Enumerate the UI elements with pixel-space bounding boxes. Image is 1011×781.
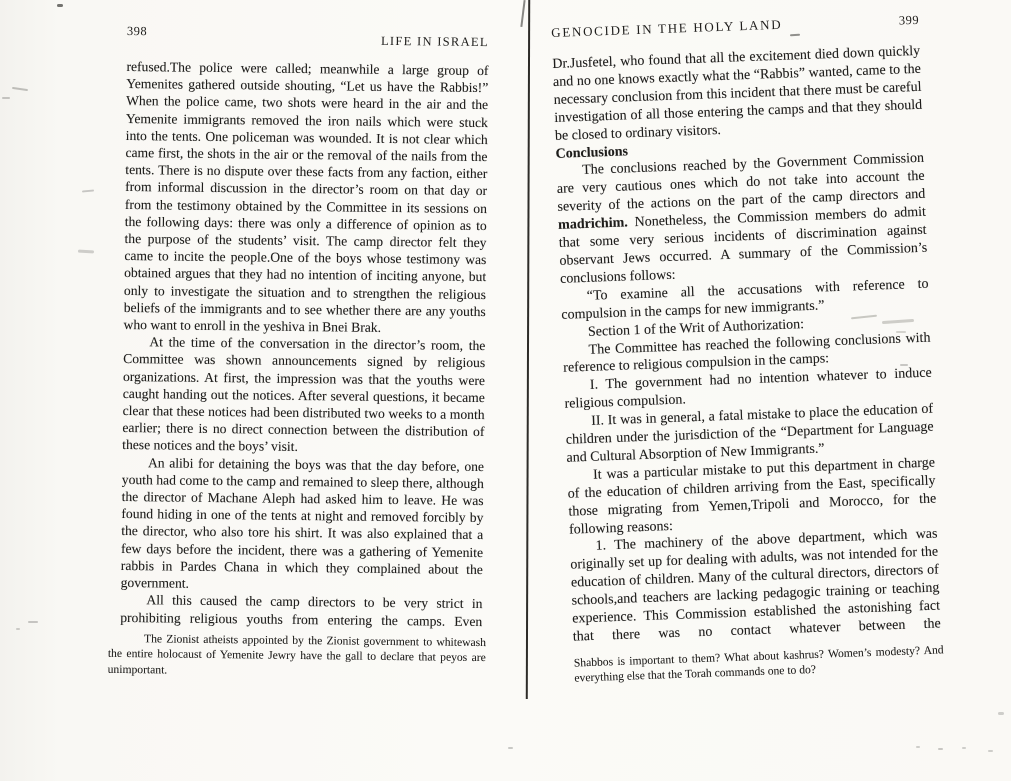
body-paragraph: The conclusions reached by the Governmen…	[556, 150, 928, 288]
right-page-number: 399	[899, 13, 920, 29]
scan-speck	[57, 4, 63, 7]
left-running-header: LIFE IN ISRAEL	[381, 34, 489, 50]
bold-term-madrichim: madrichim.	[558, 216, 628, 233]
body-paragraph: At the time of the conversation in the d…	[122, 333, 485, 458]
scan-speck	[962, 747, 966, 749]
scan-speck	[28, 621, 38, 623]
scan-speck	[12, 87, 28, 91]
right-page-header: GENOCIDE IN THE HOLY LAND 399	[551, 12, 919, 41]
right-page-body: Dr.Jusfetel, who found that all the exci…	[552, 43, 941, 647]
scan-speck	[78, 250, 94, 254]
right-footnote: Shabbos is important to them? What about…	[574, 642, 945, 686]
scan-speck	[988, 750, 993, 752]
scan-speck	[938, 748, 943, 750]
page-gutter-line	[526, 0, 530, 699]
scan-speck	[916, 746, 920, 748]
paragraph-text: The conclusions reached by the Governmen…	[557, 151, 926, 215]
scan-speck	[998, 712, 1004, 715]
pencil-scribble	[896, 331, 906, 333]
scanned-book-spread: 398 LIFE IN ISRAEL refused.The police we…	[0, 0, 1011, 781]
body-paragraph: It was a particular mistake to put this …	[567, 454, 937, 539]
scan-speck	[16, 628, 20, 630]
scan-speck	[82, 189, 94, 192]
scan-speck	[2, 97, 10, 99]
left-page-number: 398	[127, 24, 147, 39]
right-running-header: GENOCIDE IN THE HOLY LAND	[551, 17, 783, 41]
body-paragraph: An alibi for detaining the boys was that…	[121, 454, 485, 596]
body-paragraph: All this caused the camp directors to be…	[120, 591, 482, 630]
left-page-header: 398 LIFE IN ISRAEL	[127, 24, 489, 43]
left-page: 398 LIFE IN ISRAEL refused.The police we…	[120, 24, 489, 681]
page-gutter-line-top	[520, 0, 525, 27]
scan-speck	[508, 747, 513, 749]
left-footnote: The Zionist atheists appointed by the Zi…	[108, 631, 487, 682]
list-item: 1. The machinery of the above department…	[569, 526, 941, 647]
left-page-body: refused.The police were called; meanwhil…	[120, 58, 488, 630]
right-page: GENOCIDE IN THE HOLY LAND 399 Dr.Jusfete…	[551, 12, 942, 686]
scan-speck	[900, 364, 908, 366]
body-paragraph: refused.The police were called; meanwhil…	[123, 58, 488, 337]
body-paragraph: Dr.Jusfetel, who found that all the exci…	[552, 43, 923, 146]
